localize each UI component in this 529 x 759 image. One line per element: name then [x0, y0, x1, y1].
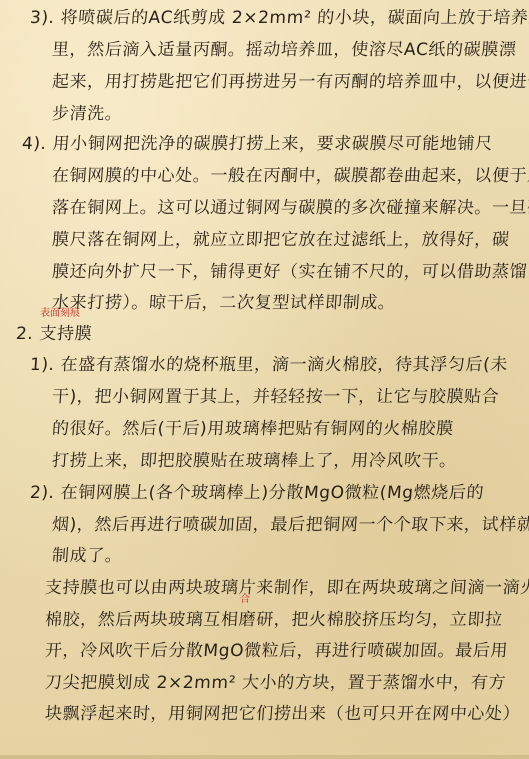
text-line: 干)，把小铜网置于其上，并轻轻按一下，让它与胶膜贴合: [51, 386, 500, 408]
text-line: 棉胶，然后两块玻璃互相磨研，把火棉胶挤压均匀，立即拉: [44, 609, 503, 631]
text-line: 里，然后滴入适量丙酮。摇动培养皿，使溶尽AC纸的碳膜漂: [51, 39, 517, 61]
section-heading-support-film: 2. 支持膜: [15, 323, 93, 345]
text-line: 块飘浮起来时，用铜网把它们捞出来（也可只开在网中心处）: [44, 703, 521, 725]
text-line: 膜还向外扩尺一下，铺得更好（实在铺不尺的，可以借助蒸馏: [51, 261, 528, 283]
red-annotation: 表面刻痕: [40, 304, 80, 319]
text-line: 水来打捞）。晾干后，二次复型试样即制成。: [51, 292, 396, 314]
text-line: 2). 在铜网膜上(各个玻璃棒上)分散MgO微粒(Mg燃烧后的: [29, 482, 485, 504]
text-line: 的很好。然后(干后)用玻璃棒把贴有铜网的火棉胶膜: [51, 418, 454, 440]
text-line: 3). 将喷碳后的AC纸剪成 2×2mm² 的小块，碳面向上放于培养皿: [29, 7, 529, 29]
text-line: 刀尖把膜划成 2×2mm² 大小的方块，置于蒸馏水中，有方: [44, 672, 507, 694]
text-line: 制成了。: [51, 545, 123, 567]
text-line: 在铜网膜的中心处。一般在丙酮中，碳膜都卷曲起来，以便于尺: [51, 165, 529, 187]
text-line: 1). 在盛有蒸馏水的烧杯瓶里，滴一滴火棉胶，待其浮匀后(未: [29, 354, 508, 376]
red-annotation: 合: [240, 590, 250, 605]
text-line: 开，冷风吹干后分散MgO微粒后，再进行喷碳加固。最后用: [44, 640, 509, 662]
text-line: 烟)，然后再进行喷碳加固，最后把铜网一个个取下来，试样就: [51, 514, 529, 536]
text-line: 支持膜也可以由两块玻璃片来制作，即在两块玻璃之间滴一滴火: [44, 577, 529, 599]
text-line: 落在铜网上。这可以通过铜网与碳膜的多次碰撞来解决。一旦碳: [51, 197, 529, 219]
handwritten-document-page: 3). 将喷碳后的AC纸剪成 2×2mm² 的小块，碳面向上放于培养皿 里，然后…: [0, 0, 529, 759]
text-line: 起来，用打捞匙把它们再捞进另一有丙酮的培养皿中，以便进一: [51, 71, 529, 93]
text-line: 膜尺落在铜网上，就应立即把它放在过滤纸上，放得好，碳: [51, 229, 510, 251]
text-line: 打捞上来，即把胶膜贴在玻璃棒上了，用冷风吹干。: [51, 450, 457, 472]
text-line: 4). 用小铜网把洗净的碳膜打捞上来，要求碳膜尽可能地铺尺: [21, 133, 493, 155]
text-line: 步清洗。: [51, 103, 123, 125]
